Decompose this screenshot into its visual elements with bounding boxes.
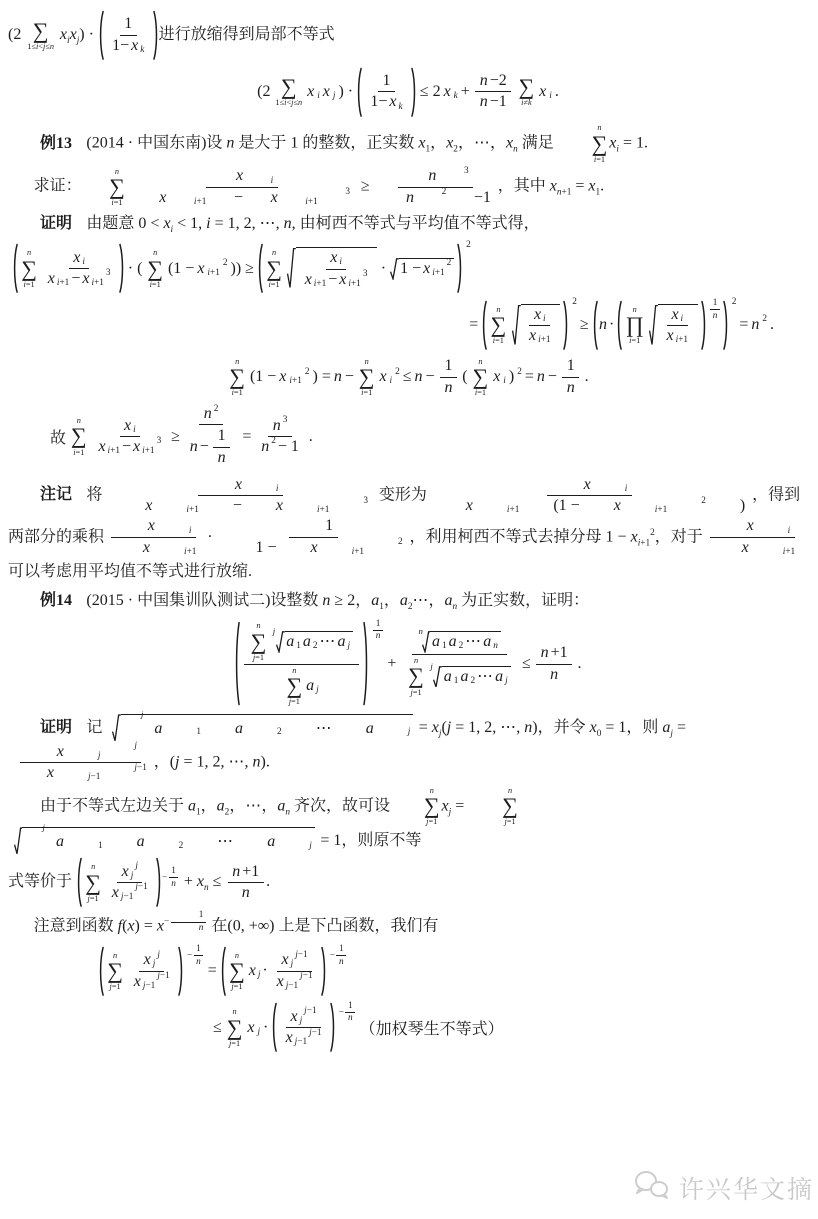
display-problem-14: n∑j=1ja1a2⋯ajn∑j=1aj1n + na1a2⋯ann∑j=1ja…	[8, 620, 808, 707]
para-equivalent-inequality: 式等价于 n∑j=1xjjxj−1j−1−1n + xn ≤ n+1n.	[8, 857, 808, 908]
paragraph-label: 例13	[40, 135, 72, 152]
document-page: (2 ∑1≤i<j≤n xixj) · 11−xk进行放缩得到局部不等式(2 ∑…	[0, 0, 818, 1219]
para-goal-inequality: 求证：n∑i=1xixi+1 − xi+13 ≥ n3n2−1，其中 xn+1 …	[8, 166, 808, 208]
para-convexity-note: 注意到函数 f(x) = x−1n 在(0, +∞) 上是下凸函数，我们有	[8, 910, 808, 940]
para-proof-14-setup: 证明记 ja1a2⋯aj = xj(j = 1, 2, ⋯, n)，并令 x0 …	[8, 714, 808, 784]
para-remark-13: 注记将 xixi+1 − xi+13 变形为xixi+1(1 − xi+12)，…	[8, 475, 808, 585]
display-jensen-step-2: ≤ n∑j=1xj · xjj−1xj−1j−1−1n（加权琴生不等式）	[8, 1002, 808, 1053]
paragraph-label: 注记	[40, 486, 72, 503]
para-conclusion-13: 故 n∑i=1xixi+1 − xi+13 ≥ n2n − 1n = n3n2 …	[8, 404, 808, 469]
display-cauchy-step-1: n∑i=1xixi+1 − xi+13 · (n∑i=1(1 − xi+12))…	[8, 243, 808, 294]
para-homogeneous-normalization: 由于不等式左边关于 a1，a2，⋯，an 齐次，故可设n∑j=1xj = n∑j…	[8, 786, 808, 856]
paragraph-label: 证明	[40, 719, 72, 736]
para-example-14: 例14(2015 · 中国集训队测试二)设整数 n ≥ 2，a1，a2⋯，an …	[8, 587, 808, 614]
para-proof-13-intro: 证明由题意 0 < xi < 1, i = 1, 2, ⋯, n, 由柯西不等式…	[8, 210, 808, 237]
display-jensen-step-1: n∑j=1xjjxj−1j−1−1n = n∑j=1xj · xjj−1xj−1…	[8, 946, 808, 997]
display-local-inequality: (2 ∑1≤i<j≤n xixj) · 11−xk ≤ 2xk + n−2n−1…	[8, 67, 808, 118]
wechat-bubbles-icon	[631, 1168, 673, 1207]
paragraph-label: 例14	[40, 592, 72, 609]
display-cauchy-step-2: = n∑i=1xixi+12 ≥ n · n∏i=1xixi+11n2 = n2…	[8, 300, 808, 351]
para-scaling-context: (2 ∑1≤i<j≤n xixj) · 11−xk进行放缩得到局部不等式	[8, 10, 808, 61]
para-example-13: 例13(2014 · 中国东南)设 n 是大于 1 的整数，正实数 x1，x2，…	[8, 123, 808, 164]
paragraph-label: 证明	[40, 215, 72, 232]
math-document-content: (2 ∑1≤i<j≤n xixj) · 11−xk进行放缩得到局部不等式(2 ∑…	[8, 10, 808, 1053]
watermark-text: 许兴华文摘	[679, 1170, 814, 1206]
display-sum-bound: n∑i=1(1 − xi+12) = n − n∑i=1xi2 ≤ n − 1n…	[8, 357, 808, 399]
watermark: 许兴华文摘	[631, 1168, 814, 1207]
